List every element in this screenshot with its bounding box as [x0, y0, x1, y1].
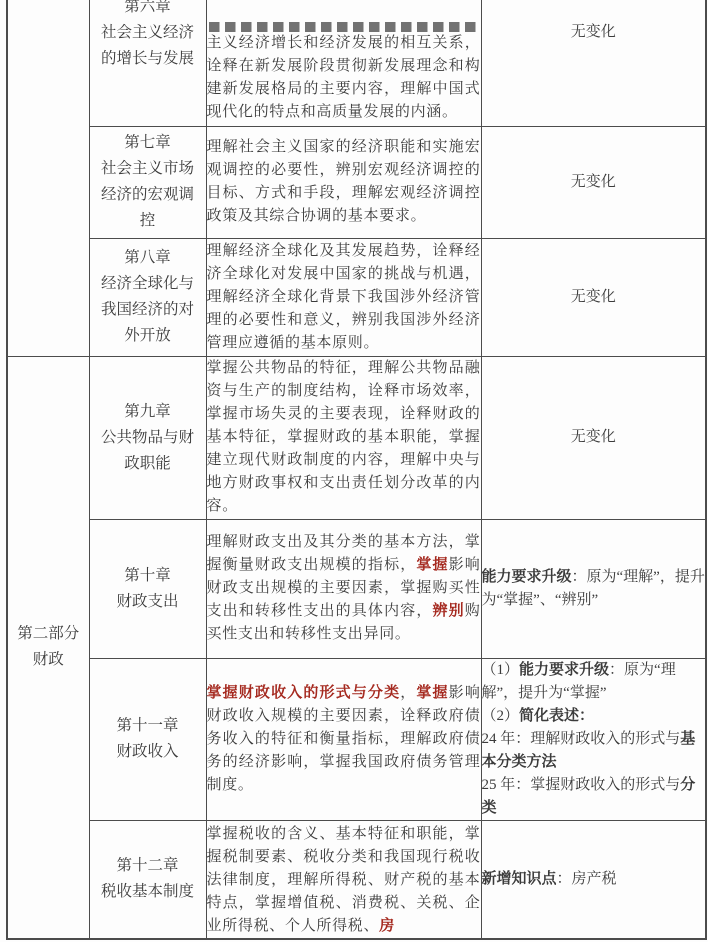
table-body: 第六章社会主义经济的增长与发展主义经济增长和经济发展的相互关系，诠释在新发展阶段… [7, 0, 706, 939]
content-cell: 主义经济增长和经济发展的相互关系，诠释在新发展阶段贯彻新发展理念和构建新发展格局… [206, 0, 481, 126]
text-segment: 房 [379, 918, 395, 934]
clipped-text-remnant [207, 9, 481, 32]
chapter-line: 政职能 [90, 451, 206, 477]
chapter-line: 公共物品与财 [90, 425, 206, 451]
text-segment: 主义经济增长和经济发展的相互关系，诠释在新发展阶段贯彻新发展理念和构建新发展格局… [207, 35, 481, 120]
change-paragraph: 25 年：掌握财政收入的形式与分类 [482, 774, 706, 820]
chapter-line: 第六章 [90, 0, 206, 20]
chapter-line: 社会主义市场 [90, 156, 206, 182]
section-label-cell [7, 0, 89, 356]
change-cell: 无变化 [481, 238, 706, 356]
content-text: 理解经济全球化及其发展趋势，诠释经济全球化对发展中国家的挑战与机遇，理解经济全球… [207, 240, 481, 355]
chapter-line: 第十二章 [90, 853, 206, 879]
chapter-cell: 第六章社会主义经济的增长与发展 [89, 0, 206, 126]
chapter-line: 第八章 [90, 245, 206, 271]
change-status: 无变化 [482, 426, 706, 449]
document-page: 第六章社会主义经济的增长与发展主义经济增长和经济发展的相互关系，诠释在新发展阶段… [0, 0, 708, 942]
chapter-line: 社会主义经济 [90, 20, 206, 46]
syllabus-comparison-table: 第六章社会主义经济的增长与发展主义经济增长和经济发展的相互关系，诠释在新发展阶段… [6, 0, 707, 940]
content-text: 掌握公共物品的特征，理解公共物品融资与生产的制度结构，诠释市场效率，掌握市场失灵… [207, 357, 481, 518]
chapter-cell: 第七章社会主义市场经济的宏观调控 [89, 126, 206, 238]
content-text: 掌握税收的含义、基本特征和职能，掌握税制要素、税收分类和我国现行税收法律制度，理… [207, 823, 481, 938]
change-cell: 无变化 [481, 0, 706, 126]
chapter-line: 经济的宏观调 [90, 182, 206, 208]
text-segment: 25 年：掌握财政收入的形式与 [482, 777, 681, 793]
section-label: 财政 [8, 647, 89, 673]
change-paragraph: （1）能力要求升级：原为“理解”，提升为“掌握” [482, 659, 706, 705]
content-text: 主义经济增长和经济发展的相互关系，诠释在新发展阶段贯彻新发展理念和构建新发展格局… [207, 32, 481, 124]
text-segment: 能力要求升级 [482, 569, 572, 585]
text-segment: （2） [482, 708, 520, 724]
content-text: 理解财政支出及其分类的基本方法，掌握衡量财政支出规模的指标，掌握影响财政支出规模… [207, 531, 481, 646]
table-row: 第六章社会主义经济的增长与发展主义经济增长和经济发展的相互关系，诠释在新发展阶段… [7, 0, 706, 126]
text-segment: 掌握 [416, 685, 448, 701]
chapter-line: 第九章 [90, 399, 206, 425]
text-segment: 理解经济全球化及其发展趋势，诠释经济全球化对发展中国家的挑战与机遇，理解经济全球… [207, 243, 481, 351]
chapter-cell: 第十二章税收基本制度 [89, 820, 206, 939]
content-text: 理解社会主义国家的经济职能和实施宏观调控的必要性，辨别宏观经济调控的目标、方式和… [207, 136, 481, 228]
chapter-cell: 第九章公共物品与财政职能 [89, 356, 206, 519]
chapter-line: 财政收入 [90, 739, 206, 765]
change-status: 无变化 [482, 21, 706, 44]
change-cell: （1）能力要求升级：原为“理解”，提升为“掌握”（2）简化表述：24 年：理解财… [481, 658, 706, 820]
text-segment: 掌握财政收入的形式与分类 [207, 685, 401, 701]
section-label: 第二部分 [8, 621, 89, 647]
content-cell: 掌握税收的含义、基本特征和职能，掌握税制要素、税收分类和我国现行税收法律制度，理… [206, 820, 481, 939]
chapter-line: 外开放 [90, 323, 206, 349]
text-segment: 能力要求升级 [519, 662, 609, 678]
change-cell: 无变化 [481, 356, 706, 519]
chapter-cell: 第十一章财政收入 [89, 658, 206, 820]
change-paragraph: （2）简化表述： [482, 705, 706, 728]
content-cell: 理解经济全球化及其发展趋势，诠释经济全球化对发展中国家的挑战与机遇，理解经济全球… [206, 238, 481, 356]
table-row: 第十章财政支出理解财政支出及其分类的基本方法，掌握衡量财政支出规模的指标，掌握影… [7, 519, 706, 658]
change-status: 无变化 [482, 286, 706, 309]
chapter-line: 经济全球化与 [90, 271, 206, 297]
chapter-line: 的增长与发展 [90, 46, 206, 72]
text-segment: 掌握税收的含义、基本特征和职能，掌握税制要素、税收分类和我国现行税收法律制度，理… [207, 826, 481, 934]
content-cell: 掌握财政收入的形式与分类，掌握影响财政收入规模的主要因素，诠释政府债务收入的特征… [206, 658, 481, 820]
text-segment: 新增知识点 [482, 871, 557, 887]
text-segment: 掌握 [416, 557, 448, 573]
chapter-line: 财政支出 [90, 589, 206, 615]
chapter-cell: 第八章经济全球化与我国经济的对外开放 [89, 238, 206, 356]
table-row: 第七章社会主义市场经济的宏观调控理解社会主义国家的经济职能和实施宏观调控的必要性… [7, 126, 706, 238]
text-segment: 24 年：理解财政收入的形式与 [482, 731, 681, 747]
text-segment: 理解社会主义国家的经济职能和实施宏观调控的必要性，辨别宏观经济调控的目标、方式和… [207, 139, 481, 224]
text-segment: 掌握公共物品的特征，理解公共物品融资与生产的制度结构，诠释市场效率，掌握市场失灵… [207, 360, 481, 514]
chapter-line: 我国经济的对 [90, 297, 206, 323]
table-row: 第十二章税收基本制度掌握税收的含义、基本特征和职能，掌握税制要素、税收分类和我国… [7, 820, 706, 939]
change-paragraph: 新增知识点：房产税 [482, 868, 706, 891]
table-row: 第二部分财政第九章公共物品与财政职能掌握公共物品的特征，理解公共物品融资与生产的… [7, 356, 706, 519]
chapter-line: 第十章 [90, 563, 206, 589]
chapter-line: 第十一章 [90, 713, 206, 739]
content-cell: 掌握公共物品的特征，理解公共物品融资与生产的制度结构，诠释市场效率，掌握市场失灵… [206, 356, 481, 519]
table-row: 第十一章财政收入掌握财政收入的形式与分类，掌握影响财政收入规模的主要因素，诠释政… [7, 658, 706, 820]
chapter-cell: 第十章财政支出 [89, 519, 206, 658]
content-text: 掌握财政收入的形式与分类，掌握影响财政收入规模的主要因素，诠释政府债务收入的特征… [207, 682, 481, 797]
content-cell: 理解财政支出及其分类的基本方法，掌握衡量财政支出规模的指标，掌握影响财政支出规模… [206, 519, 481, 658]
chapter-line: 税收基本制度 [90, 879, 206, 905]
section-label-cell: 第二部分财政 [7, 356, 89, 939]
text-segment: （1） [482, 662, 520, 678]
change-cell: 能力要求升级：原为“理解”，提升为“掌握”、“辨别” [481, 519, 706, 658]
text-segment: ：房产税 [557, 871, 617, 887]
change-cell: 新增知识点：房产税 [481, 820, 706, 939]
text-segment: 辨别 [433, 603, 465, 619]
change-paragraph: 24 年：理解财政收入的形式与基本分类方法 [482, 728, 706, 774]
change-status: 无变化 [482, 171, 706, 194]
change-cell: 无变化 [481, 126, 706, 238]
change-paragraph: 能力要求升级：原为“理解”，提升为“掌握”、“辨别” [482, 566, 706, 612]
table-container: 第六章社会主义经济的增长与发展主义经济增长和经济发展的相互关系，诠释在新发展阶段… [6, 0, 705, 940]
text-segment: ， [400, 685, 416, 701]
chapter-line: 第七章 [90, 130, 206, 156]
chapter-line: 控 [90, 208, 206, 234]
text-segment: 简化表述： [519, 708, 594, 724]
content-cell: 理解社会主义国家的经济职能和实施宏观调控的必要性，辨别宏观经济调控的目标、方式和… [206, 126, 481, 238]
table-row: 第八章经济全球化与我国经济的对外开放理解经济全球化及其发展趋势，诠释经济全球化对… [7, 238, 706, 356]
